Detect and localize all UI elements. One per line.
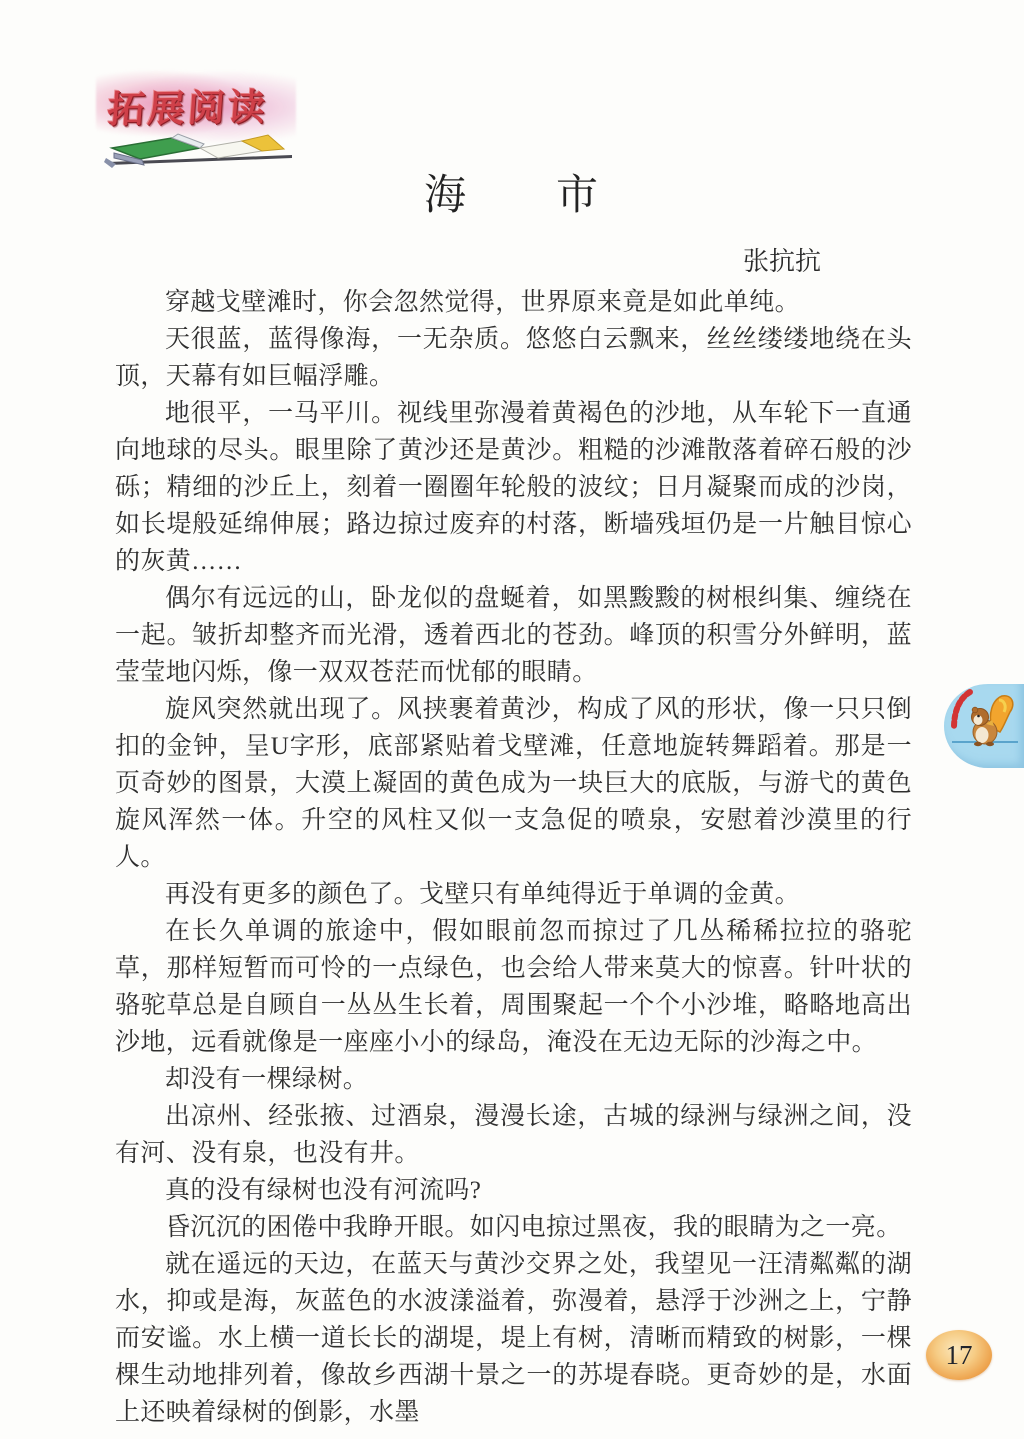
arc-text-decoration [954,692,970,728]
paragraph: 天很蓝，蓝得像海，一无杂质。悠悠白云飘来，丝丝缕缕地绕在头顶，天幕有如巨幅浮雕。 [115,321,912,395]
paragraph: 再没有更多的颜色了。戈壁只有单纯得近于单调的金黄。 [115,876,912,913]
paragraph: 出凉州、经张掖、过酒泉，漫漫长途，古城的绿洲与绿洲之间，没有河、没有泉，也没有井… [115,1098,912,1172]
page-number: 17 [946,1340,973,1371]
page-number-badge: 17 [926,1330,992,1380]
paragraph: 地很平，一马平川。视线里弥漫着黄褐色的沙地，从车轮下一直通向地球的尽头。眼里除了… [115,395,912,580]
extended-reading-logo: 拓展阅读 [96,68,306,172]
paragraph: 穿越戈壁滩时，你会忽然觉得，世界原来竟是如此单纯。 [115,284,912,321]
article-title: 海 市 [0,162,1024,222]
paragraph: 偶尔有远远的山，卧龙似的盘蜒着，如黑黢黢的树根纠集、缠绕在一起。皱折却整齐而光滑… [115,580,912,691]
mascot-bookmark-tab [944,684,1024,768]
textbook-page: 拓展阅读 海 市 张抗抗 穿越戈壁滩时，你会忽然觉得，世界原来竟是如此单纯。 天… [0,0,1024,1439]
paragraph: 就在遥远的天边，在蓝天与黄沙交界之处，我望见一汪清粼粼的湖水，抑或是海，灰蓝色的… [115,1246,912,1431]
squirrel-icon [944,684,1024,768]
article-body: 穿越戈壁滩时，你会忽然觉得，世界原来竟是如此单纯。 天很蓝，蓝得像海，一无杂质。… [115,284,912,1431]
paragraph: 在长久单调的旅途中，假如眼前忽而掠过了几丛稀稀拉拉的骆驼草，那样短暂而可怜的一点… [115,913,912,1061]
paragraph: 却没有一棵绿树。 [115,1061,912,1098]
paragraph: 昏沉沉的困倦中我睁开眼。如闪电掠过黑夜，我的眼睛为之一亮。 [115,1209,912,1246]
paragraph: 旋风突然就出现了。风挟裹着黄沙，构成了风的形状，像一只只倒扣的金钟，呈U字形，底… [115,691,912,876]
paragraph: 真的没有绿树也没有河流吗? [115,1172,912,1209]
article-author: 张抗抗 [743,241,821,278]
